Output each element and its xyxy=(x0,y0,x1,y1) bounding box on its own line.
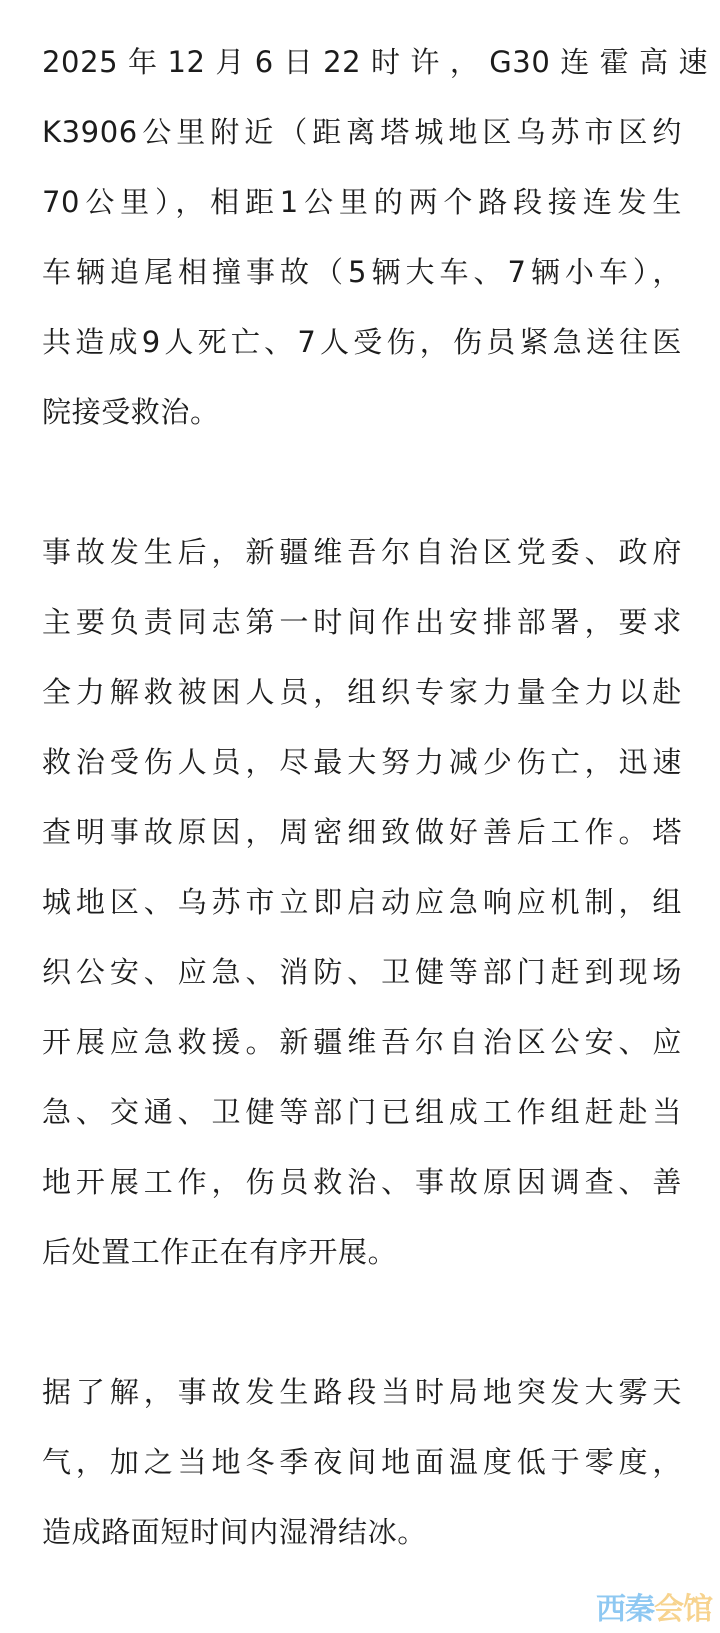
watermark-part-2: 会馆 xyxy=(654,1592,712,1627)
text-line: 城地区、乌苏市立即启动应急响应机制，组 xyxy=(42,867,682,937)
text-line: 地开展工作，伤员救治、事故原因调查、善 xyxy=(42,1147,682,1217)
text-line: 气，加之当地冬季夜间地面温度低于零度， xyxy=(42,1427,682,1497)
text-line: 70公里），相距1公里的两个路段接连发生 xyxy=(42,167,682,237)
text-line: 车辆追尾相撞事故（5辆大车、7辆小车）， xyxy=(42,237,682,307)
text-line: 织公安、应急、消防、卫健等部门赶到现场 xyxy=(42,937,682,1007)
text-line: 主要负责同志第一时间作出安排部署，要求 xyxy=(42,587,682,657)
text-line: 查明事故原因，周密细致做好善后工作。塔 xyxy=(42,797,682,867)
paragraph-1: 2025 年 12 月 6 日 22 时 许 ， G30 连 霍 高 速 K39… xyxy=(42,27,682,447)
paragraph-2: 事故发生后，新疆维吾尔自治区党委、政府 主要负责同志第一时间作出安排部署，要求 … xyxy=(42,517,682,1287)
text-line: 据了解，事故发生路段当时局地突发大雾天 xyxy=(42,1357,682,1427)
text-line: 院接受救治。 xyxy=(42,377,682,447)
text-line: 后处置工作正在有序开展。 xyxy=(42,1217,682,1287)
text-line: 事故发生后，新疆维吾尔自治区党委、政府 xyxy=(42,517,682,587)
text-line: 急、交通、卫健等部门已组成工作组赶赴当 xyxy=(42,1077,682,1147)
article-body: 2025 年 12 月 6 日 22 时 许 ， G30 连 霍 高 速 K39… xyxy=(42,27,682,1633)
text-line: 救治受伤人员，尽最大努力减少伤亡，迅速 xyxy=(42,727,682,797)
watermark-logo: 西秦会馆 xyxy=(596,1593,712,1627)
text-line: 共造成9人死亡、7人受伤，伤员紧急送往医 xyxy=(42,307,682,377)
text-line: 2025 年 12 月 6 日 22 时 许 ， G30 连 霍 高 速 xyxy=(42,27,682,97)
text-line: 造成路面短时间内湿滑结冰。 xyxy=(42,1497,682,1567)
paragraph-3: 据了解，事故发生路段当时局地突发大雾天 气，加之当地冬季夜间地面温度低于零度， … xyxy=(42,1357,682,1567)
text-line: 开展应急救援。新疆维吾尔自治区公安、应 xyxy=(42,1007,682,1077)
text-line: K3906公里附近（距离塔城地区乌苏市区约 xyxy=(42,97,682,167)
text-line: 全力解救被困人员，组织专家力量全力以赴 xyxy=(42,657,682,727)
watermark-part-1: 西秦 xyxy=(596,1592,654,1627)
